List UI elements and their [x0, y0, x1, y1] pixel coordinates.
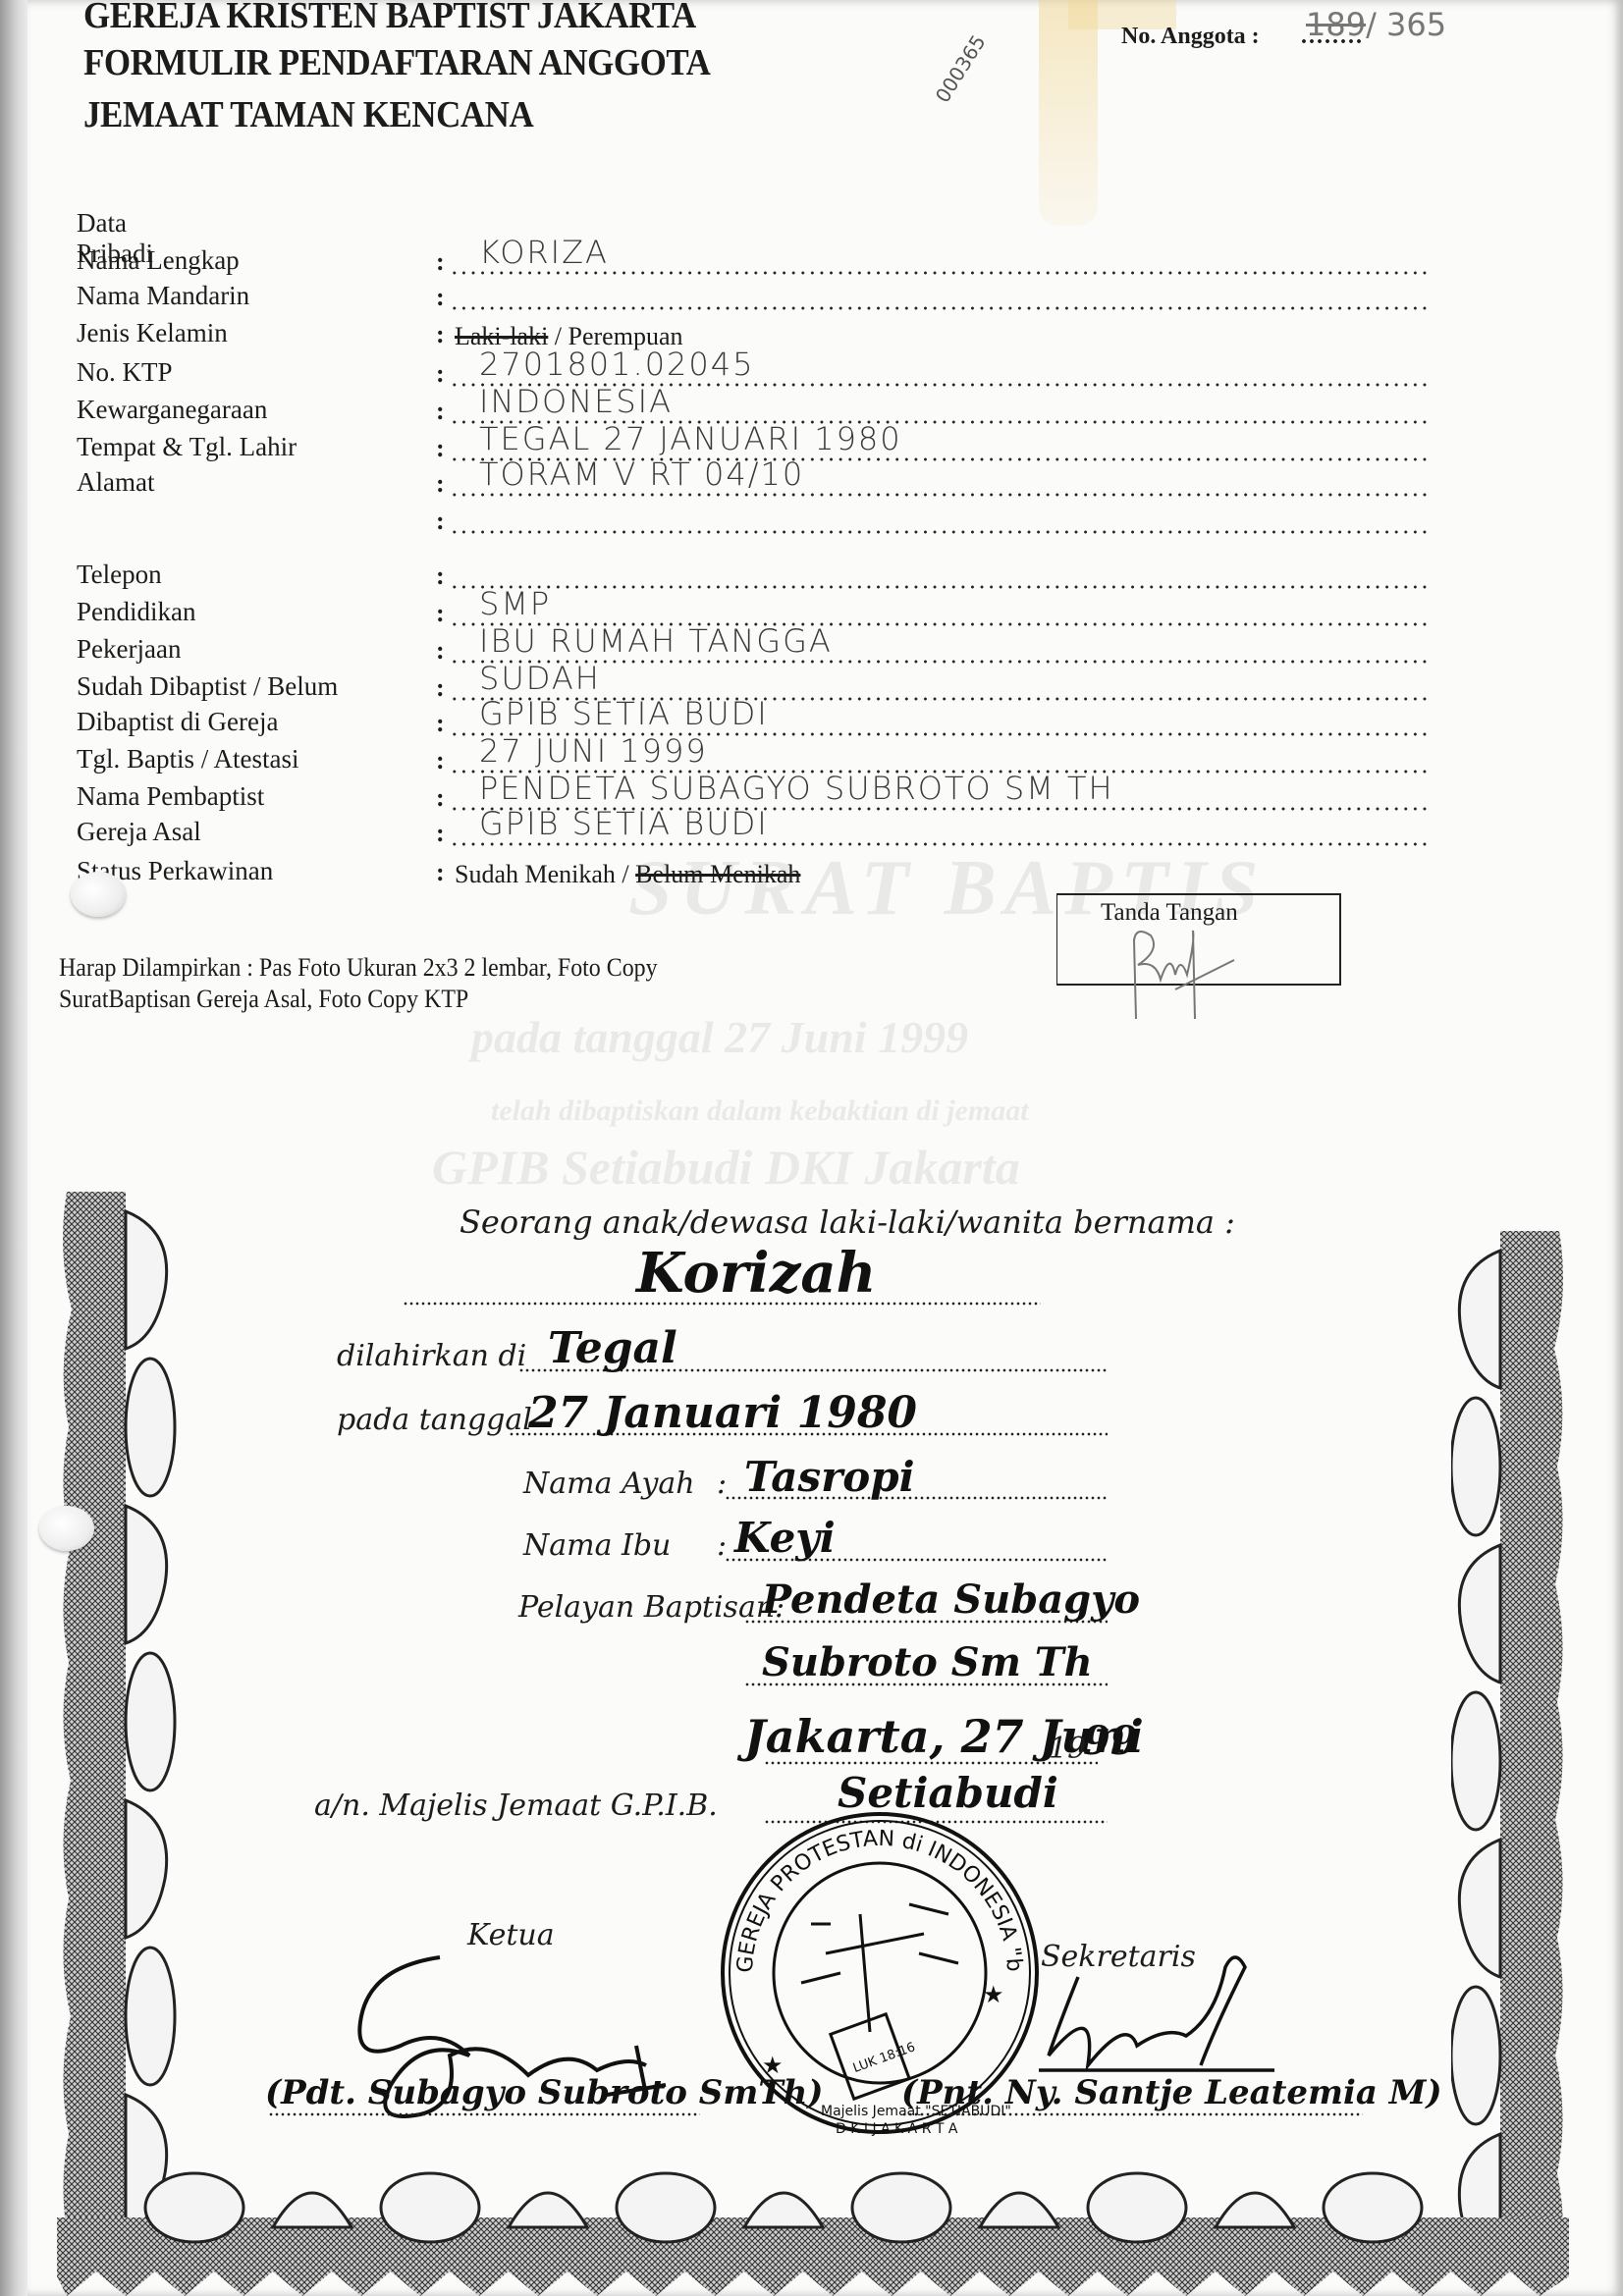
- church-name: GEREJA KRISTEN BAPTIST JAKARTA: [83, 0, 696, 37]
- signature-box[interactable]: Tanda Tangan: [1056, 893, 1341, 986]
- form-field-row[interactable]: :: [77, 505, 1432, 542]
- colon: :: [436, 673, 445, 703]
- dotted-line: [450, 530, 1432, 534]
- field-value[interactable]: GPIB SETIA BUDI: [479, 805, 769, 842]
- field-value[interactable]: TORAM V RT 04/10: [479, 455, 804, 493]
- star-icon: ★: [983, 1983, 1004, 2008]
- field-label: Jenis Kelamin: [77, 318, 228, 348]
- colon: :: [436, 469, 445, 499]
- svg-text:GEREJA PROTESTAN di INDONESIA: GEREJA PROTESTAN di INDONESIA "bagian BA…: [713, 1806, 1026, 1973]
- colon: :: [436, 858, 445, 887]
- colon: :: [436, 819, 445, 848]
- field-value[interactable]: PENDETA SUBAGYO SUBROTO SM TH: [479, 770, 1114, 807]
- colon: :: [436, 709, 445, 738]
- dotted-line: [268, 2112, 700, 2116]
- watermark-date: pada tanggal 27 Juni 1999: [471, 1011, 968, 1063]
- dotted-line: [901, 2112, 1363, 2116]
- mother-name: Keyi: [734, 1514, 836, 1562]
- field-value[interactable]: 2701801.02045: [479, 346, 754, 383]
- field-label: Tgl. Baptis / Atestasi: [77, 744, 299, 774]
- birth-place: Tegal: [548, 1323, 677, 1373]
- field-label: Alamat: [77, 467, 154, 498]
- colon: :: [436, 636, 445, 666]
- form-field-row[interactable]: Telepon:: [77, 560, 1432, 597]
- field-value[interactable]: SMP: [479, 585, 551, 622]
- field-label: Telepon: [77, 560, 162, 590]
- secretary-name: (Pnt. Ny. Santje Leatemia M): [901, 2073, 1442, 2112]
- colon: :: [436, 507, 445, 536]
- mother-label: Nama Ibu: [523, 1528, 671, 1563]
- field-value[interactable]: 27 JUNI 1999: [479, 732, 708, 770]
- field-label: Tempat & Tgl. Lahir: [77, 432, 297, 462]
- colon: :: [436, 434, 445, 463]
- form-field-row[interactable]: Gereja Asal:GPIB SETIA BUDI: [77, 817, 1432, 854]
- date-label: pada tanggal: [337, 1403, 532, 1437]
- punch-hole: [71, 872, 126, 917]
- member-number: / 365: [1366, 6, 1446, 43]
- field-label: Nama Pembaptist: [77, 781, 264, 812]
- field-label: Pekerjaan: [77, 634, 181, 665]
- form-field-row[interactable]: Dibaptist di Gereja:GPIB SETIA BUDI: [77, 707, 1432, 744]
- minister-line-1: Pendeta Subagyo: [762, 1576, 1140, 1623]
- field-label: Pendidikan: [77, 597, 196, 627]
- minister-line-2: Subroto Sm Th: [762, 1639, 1093, 1685]
- marital-status-choice[interactable]: Sudah Menikah / Belum Menikah: [455, 860, 800, 889]
- struck-option: Belum Menikah: [635, 860, 800, 888]
- member-number-label: No. Anggota :: [1121, 24, 1260, 50]
- dotted-line: [450, 842, 1432, 846]
- dotted-line: [450, 585, 1432, 589]
- field-value[interactable]: TEGAL 27 JANUARI 1980: [479, 420, 902, 457]
- dotted-line: [450, 271, 1432, 275]
- baptized-name: Korizah: [636, 1241, 876, 1306]
- attachments-line-1: Harap Dilampirkan : Pas Foto Ukuran 2x3 …: [59, 952, 658, 984]
- born-label: dilahirkan di: [337, 1339, 526, 1373]
- colon: :: [436, 561, 445, 591]
- watermark-line: telah dibaptiskan dalam kebaktian di jem…: [491, 1095, 1029, 1128]
- chair-name: (Pdt. Subagyo Subroto SmTh): [265, 2073, 823, 2112]
- signature-icon: [1116, 921, 1264, 1029]
- field-label: Nama Mandarin: [77, 281, 249, 311]
- attachments-note: Harap Dilampirkan : Pas Foto Ukuran 2x3 …: [59, 952, 658, 1015]
- field-label: Nama Lengkap: [77, 245, 240, 276]
- year-prefix: 19: [1049, 1732, 1086, 1766]
- colon: :: [436, 320, 445, 349]
- colon: :: [436, 746, 445, 775]
- colon: :: [436, 283, 445, 312]
- dotted-line: [450, 493, 1432, 497]
- father-label: Nama Ayah: [523, 1467, 695, 1501]
- ornamental-border-bottom: [57, 2129, 1569, 2296]
- field-value[interactable]: GPIB SETIA BUDI: [479, 695, 769, 732]
- father-name: Tasropi: [744, 1453, 915, 1501]
- field-label: No. KTP: [77, 357, 173, 388]
- year-suffix: 99: [1083, 1718, 1138, 1764]
- colon: :: [436, 359, 445, 389]
- form-field-row[interactable]: Status Perkawinan:Sudah Menikah / Belum …: [77, 856, 1432, 893]
- punch-hole: [39, 1506, 94, 1551]
- colon: :: [436, 599, 445, 628]
- field-value[interactable]: SUDAH: [479, 660, 601, 697]
- form-field-row[interactable]: Pekerjaan:IBU RUMAH TANGGA: [77, 634, 1432, 671]
- field-value[interactable]: IBU RUMAH TANGGA: [479, 622, 833, 660]
- watermark-church: GPIB Setiabudi DKI Jakarta: [432, 1139, 1020, 1196]
- dotted-line: [450, 306, 1432, 310]
- form-field-row[interactable]: Alamat:TORAM V RT 04/10: [77, 467, 1432, 505]
- field-value[interactable]: INDONESIA: [479, 383, 673, 420]
- field-value[interactable]: KORIZA: [479, 234, 609, 271]
- birth-date: 27 Januari 1980: [528, 1388, 917, 1438]
- ornamental-border-right: [1451, 1231, 1569, 2252]
- field-label: Kewarganegaraan: [77, 395, 267, 425]
- secretary-signature-icon: [1039, 1938, 1294, 2085]
- paper-stain: [1039, 0, 1098, 226]
- scan-edge: [0, 0, 29, 2296]
- field-label: Sudah Dibaptist / Belum: [77, 671, 338, 702]
- field-label: Gereja Asal: [77, 817, 201, 847]
- member-number-struck: 189: [1306, 6, 1366, 43]
- ornamental-border-left: [57, 1192, 180, 2252]
- selected-option: Sudah Menikah /: [455, 860, 635, 888]
- svg-text:D K I J A K A R T A: D K I J A K A R T A: [836, 2121, 958, 2137]
- colon: :: [436, 397, 445, 426]
- member-number-value[interactable]: 189/ 365: [1306, 6, 1446, 43]
- congregation-name: JEMAAT TAMAN KENCANA: [83, 93, 533, 136]
- council-label: a/n. Majelis Jemaat G.P.I.B.: [314, 1789, 718, 1823]
- form-title: FORMULIR PENDAFTARAN ANGGOTA: [83, 41, 710, 84]
- form-field-row[interactable]: Nama Mandarin:: [77, 281, 1432, 318]
- attachments-line-2: SuratBaptisan Gereja Asal, Foto Copy KTP: [59, 984, 658, 1015]
- colon: :: [436, 247, 445, 277]
- certificate-intro: Seorang anak/dewasa laki-laki/wanita ber…: [460, 1203, 1235, 1241]
- field-label: Dibaptist di Gereja: [77, 707, 278, 737]
- baptism-certificate: Seorang anak/dewasa laki-laki/wanita ber…: [57, 1192, 1569, 2296]
- form-field-row[interactable]: Nama Lengkap:KORIZA: [77, 245, 1432, 283]
- form-field-row[interactable]: No. KTP:2701801.02045: [77, 357, 1432, 395]
- colon: :: [436, 783, 445, 813]
